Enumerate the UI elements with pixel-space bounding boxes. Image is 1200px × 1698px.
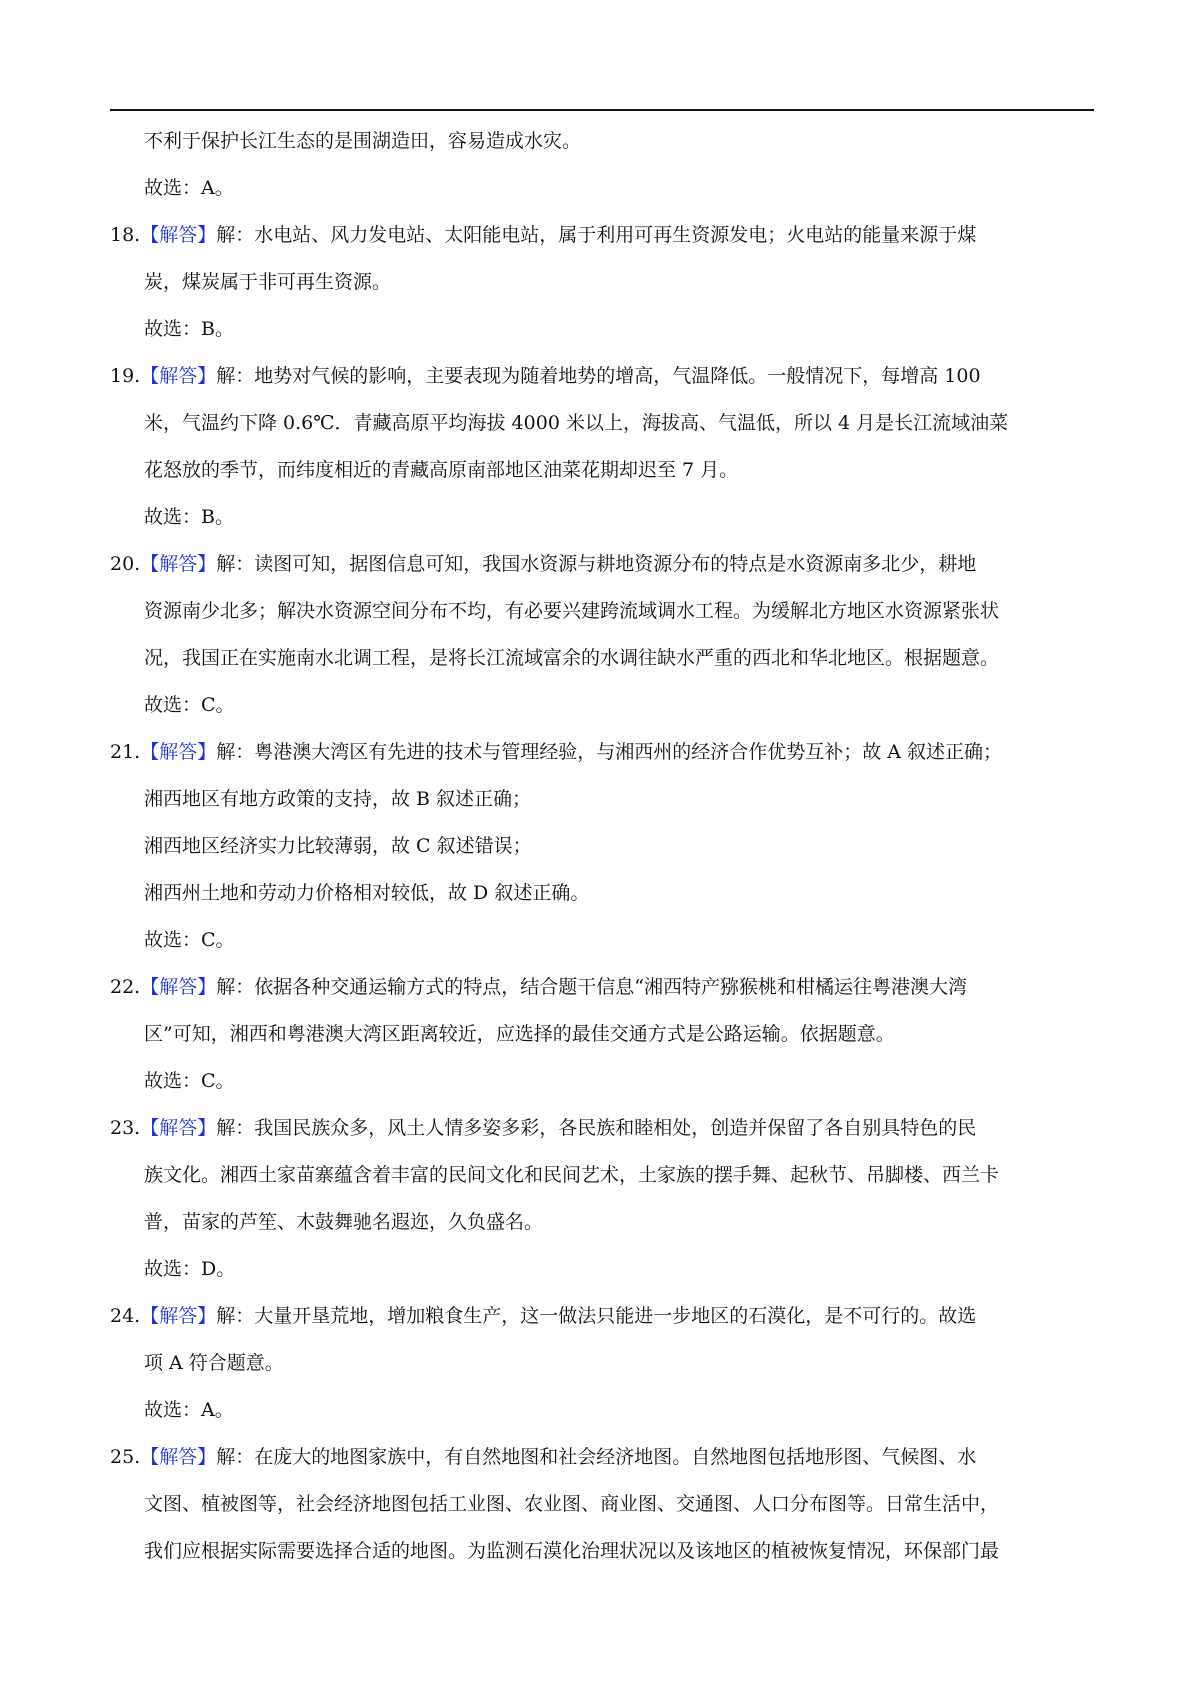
question-number: 21. bbox=[110, 729, 140, 776]
answer-25-text: 解：在庞大的地图家族中，有自然地图和社会经济地图。自然地图包括地形图、气候图、水 bbox=[216, 1446, 976, 1468]
answer-18-text: 解：水电站、风力发电站、太阳能电站，属于利用可再生资源发电；火电站的能量来源于煤 bbox=[216, 224, 976, 246]
answer-18-text-line: 炭，煤炭属于非可再生资源。 bbox=[110, 259, 1100, 306]
question-number: 20. bbox=[110, 541, 140, 588]
answer-20-first-line: 20.【解答】解：读图可知，据图信息可知，我国水资源与耕地资源分布的特点是水资源… bbox=[110, 541, 1100, 588]
answer-24-choice: 故选：A。 bbox=[110, 1387, 1100, 1434]
question-number: 23. bbox=[110, 1105, 140, 1152]
answer-tag: 【解答】 bbox=[140, 1117, 216, 1139]
answer-22-text: 解：依据各种交通运输方式的特点，结合题干信息“湘西特产猕猴桃和柑橘运往粤港澳大湾 bbox=[216, 976, 967, 998]
answer-19-text-line: 米，气温约下降 0.6℃．青藏高原平均海拔 4000 米以上，海拔高、气温低，所… bbox=[110, 400, 1100, 447]
answer-tag: 【解答】 bbox=[140, 741, 216, 763]
answer-20-text: 解：读图可知，据图信息可知，我国水资源与耕地资源分布的特点是水资源南多北少，耕地 bbox=[216, 553, 976, 575]
answer-tag: 【解答】 bbox=[140, 224, 216, 246]
answer-21-text-line: 湘西地区经济实力比较薄弱，故 C 叙述错误； bbox=[110, 823, 1100, 870]
answer-17-text-line: 不利于保护长江生态的是围湖造田，容易造成水灾。 bbox=[110, 118, 1100, 165]
answer-23-text-line: 族文化。湘西土家苗寨蕴含着丰富的民间文化和民间艺术，土家族的摆手舞、起秋节、吊脚… bbox=[110, 1152, 1100, 1199]
answer-23-text: 解：我国民族众多，风土人情多姿多彩，各民族和睦相处，创造并保留了各自别具特色的民 bbox=[216, 1117, 976, 1139]
answer-21-first-line: 21.【解答】解：粤港澳大湾区有先进的技术与管理经验，与湘西州的经济合作优势互补… bbox=[110, 729, 1100, 776]
answer-17-choice: 故选：A。 bbox=[110, 165, 1100, 212]
question-number: 24. bbox=[110, 1293, 140, 1340]
answer-23-choice: 故选：D。 bbox=[110, 1246, 1100, 1293]
answer-22-text-line: 区”可知，湘西和粤港澳大湾区距离较近，应选择的最佳交通方式是公路运输。依据题意。 bbox=[110, 1011, 1100, 1058]
answer-22-choice: 故选：C。 bbox=[110, 1058, 1100, 1105]
answer-19-text: 解：地势对气候的影响，主要表现为随着地势的增高，气温降低。一般情况下，每增高 1… bbox=[216, 365, 980, 387]
answer-25-text-line: 我们应根据实际需要选择合适的地图。为监测石漠化治理状况以及该地区的植被恢复情况，… bbox=[110, 1528, 1100, 1575]
answer-tag: 【解答】 bbox=[140, 1305, 216, 1327]
answer-20-text-line: 况，我国正在实施南水北调工程，是将长江流域富余的水调往缺水严重的西北和华北地区。… bbox=[110, 635, 1100, 682]
answer-19-choice: 故选：B。 bbox=[110, 494, 1100, 541]
answer-21-text-line: 湘西地区有地方政策的支持，故 B 叙述正确； bbox=[110, 776, 1100, 823]
question-number: 22. bbox=[110, 964, 140, 1011]
answer-18-choice: 故选：B。 bbox=[110, 306, 1100, 353]
answer-21-choice: 故选：C。 bbox=[110, 917, 1100, 964]
answer-24-text-line: 项 A 符合题意。 bbox=[110, 1340, 1100, 1387]
answer-18-first-line: 18.【解答】解：水电站、风力发电站、太阳能电站，属于利用可再生资源发电；火电站… bbox=[110, 212, 1100, 259]
answer-20-choice: 故选：C。 bbox=[110, 682, 1100, 729]
answer-21-text: 解：粤港澳大湾区有先进的技术与管理经验，与湘西州的经济合作优势互补；故 A 叙述… bbox=[216, 741, 1002, 763]
question-number: 18. bbox=[110, 212, 140, 259]
answer-19-first-line: 19.【解答】解：地势对气候的影响，主要表现为随着地势的增高，气温降低。一般情况… bbox=[110, 353, 1100, 400]
answer-24-text: 解：大量开垦荒地，增加粮食生产，这一做法只能进一步地区的石漠化，是不可行的。故选 bbox=[216, 1305, 976, 1327]
answer-content: 不利于保护长江生态的是围湖造田，容易造成水灾。 故选：A。 18.【解答】解：水… bbox=[110, 118, 1100, 1575]
answer-23-first-line: 23.【解答】解：我国民族众多，风土人情多姿多彩，各民族和睦相处，创造并保留了各… bbox=[110, 1105, 1100, 1152]
answer-22-first-line: 22.【解答】解：依据各种交通运输方式的特点，结合题干信息“湘西特产猕猴桃和柑橘… bbox=[110, 964, 1100, 1011]
answer-19-text-line: 花怒放的季节，而纬度相近的青藏高原南部地区油菜花期却迟至 7 月。 bbox=[110, 447, 1100, 494]
question-number: 19. bbox=[110, 353, 140, 400]
question-number: 25. bbox=[110, 1434, 140, 1481]
answer-25-text-line: 文图、植被图等，社会经济地图包括工业图、农业图、商业图、交通图、人口分布图等。日… bbox=[110, 1481, 1100, 1528]
answer-tag: 【解答】 bbox=[140, 1446, 216, 1468]
answer-24-first-line: 24.【解答】解：大量开垦荒地，增加粮食生产，这一做法只能进一步地区的石漠化，是… bbox=[110, 1293, 1100, 1340]
answer-tag: 【解答】 bbox=[140, 553, 216, 575]
answer-tag: 【解答】 bbox=[140, 365, 216, 387]
header-rule bbox=[110, 109, 1094, 111]
answer-tag: 【解答】 bbox=[140, 976, 216, 998]
answer-20-text-line: 资源南少北多；解决水资源空间分布不均，有必要兴建跨流域调水工程。为缓解北方地区水… bbox=[110, 588, 1100, 635]
answer-25-first-line: 25.【解答】解：在庞大的地图家族中，有自然地图和社会经济地图。自然地图包括地形… bbox=[110, 1434, 1100, 1481]
answer-23-text-line: 普，苗家的芦笙、木鼓舞驰名遐迩，久负盛名。 bbox=[110, 1199, 1100, 1246]
answer-21-text-line: 湘西州土地和劳动力价格相对较低，故 D 叙述正确。 bbox=[110, 870, 1100, 917]
